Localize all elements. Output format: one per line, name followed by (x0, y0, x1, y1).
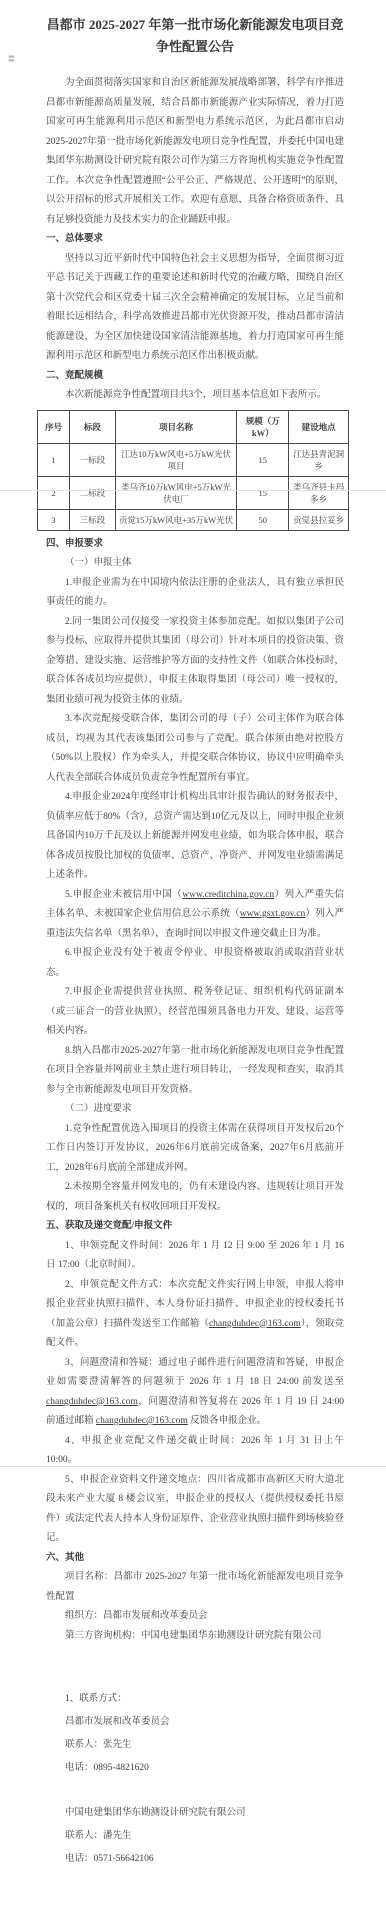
table-cell: 类乌齐10万kW风电+5万kW光伏电厂 (115, 476, 237, 509)
table-cell: 三标段 (69, 509, 115, 530)
paragraph: 2.未按期全容量并网发电的，仍有未建设内容、违规转让项目开发权的，项目备案机关有… (46, 1178, 344, 1217)
table-cell: 贡觉15万kW风电+35万kW光伏 (115, 509, 237, 530)
paragraph: 5.申报企业未被信用中国（www.creditchina.gov.cn）列入严重… (46, 886, 344, 945)
stitch-artifact-line (0, 1466, 386, 1467)
paragraph: 2、申领竞配文件方式：本次竞配文件实行网上申领，申报人将申报企业营业执照扫描件、… (46, 1276, 344, 1354)
table-cell: 二标段 (69, 476, 115, 509)
paragraph: 8.纳入昌都市2025-2027年第一批市场化新能源发电项目竞争性配置在项目全容… (46, 1042, 344, 1101)
table-header-cell: 规模（万kW） (237, 410, 289, 443)
table-cell: 贡觉县拉妥乡 (289, 509, 349, 530)
url-link[interactable]: www.gsxt.gov.cn (240, 909, 306, 919)
contact-line: 电话：0895-4821620 (46, 1757, 344, 1780)
paragraph: 1、申领竞配文件时间：2026 年 1 月 12 日 9:00 至 2026 年… (46, 1237, 344, 1276)
contact-line: 中国电建集团华东勘测设计研究院有限公司 (46, 1802, 344, 1825)
paragraph: 6.申报企业没有处于被责令停业、申报资格被取消或取消营业状态。 (46, 944, 344, 983)
paragraph: 7.申报企业需提供营业执照、税务登记证、组织机构代码证副本（或三证合一的营业执照… (46, 983, 344, 1042)
table-row: 1一标段江达10万kW风电+5万kW光伏项目15江达县青泥洞乡 (38, 443, 349, 476)
paragraph: 4、申报企业竞配文件递交截止时间：2026 年 1 月 31 日上午 10:00… (46, 1432, 344, 1471)
table-row: 3三标段贡觉15万kW风电+35万kW光伏50贡觉县拉妥乡 (38, 509, 349, 530)
table-cell: 一标段 (69, 443, 115, 476)
paragraph: 1.竞争性配置优选入围项目的投资主体需在获得项目开发权后20个工作日内签订开发协… (46, 1120, 344, 1179)
announcement-page: 昌都市 2025-2027 年第一批市场化新能源发电项目竞争性配置公告 〓 为全… (0, 0, 386, 1920)
email-link[interactable]: changduhdec@163.com (96, 1416, 188, 1426)
table-cell: 50 (237, 509, 289, 530)
email-link[interactable]: changduhdec@163.com (209, 1319, 301, 1329)
paragraph: 3、问题澄清和答疑：通过电子邮件进行问题澄清和答疑，申报企业如需要澄清解答的问题… (46, 1354, 344, 1432)
paragraph: 第三方咨询机构：中国电建集团华东勘测设计研究院有限公司 (46, 1627, 344, 1647)
vertical-gap (46, 1646, 344, 1688)
section-heading: 二、竞配规模 (46, 367, 344, 387)
table-cell: 江达县青泥洞乡 (289, 443, 349, 476)
contact-line: 联系人：潘先生 (46, 1825, 344, 1848)
contact-line: 联系人：张先生 (46, 1734, 344, 1757)
paragraph: 2.同一集团公司仅接受一家投资主体参加竞配。如拟以集团子公司参与投标，应取得并提… (46, 613, 344, 711)
table-header-cell: 标段 (69, 410, 115, 443)
paragraph: 3.本次竞配接受联合体，集团公司的母（子）公司主体作为联合体成员，均视为其代表该… (46, 710, 344, 788)
project-table: 序号标段项目名称规模（万kW）建设地点1一标段江达10万kW风电+5万kW光伏项… (37, 410, 349, 531)
table-header-cell: 序号 (38, 410, 70, 443)
contact-line: 昌都市发展和改革委员会 (46, 1711, 344, 1734)
section-heading: 五、获取及递交竞配/申报文件 (46, 1217, 344, 1237)
section-heading: 六、其他 (46, 1549, 344, 1569)
page-title: 昌都市 2025-2027 年第一批市场化新能源发电项目竞争性配置公告 (44, 14, 346, 58)
document-body: 为全面贯彻落实国家和自治区新能源发展战略部署，科学有序推进昌都市新能源高质量发展… (46, 74, 344, 1871)
table-cell: 3 (38, 509, 70, 530)
table-cell: 15 (237, 476, 289, 509)
table-cell: 15 (237, 443, 289, 476)
paragraph: 为全面贯彻落实国家和自治区新能源发展战略部署，科学有序推进昌都市新能源高质量发展… (46, 74, 344, 230)
stray-paragraph-mark: 〓 (8, 54, 15, 64)
sub-heading: （二）进度要求 (46, 1100, 344, 1120)
contact-line: 1、联系方式： (46, 1688, 344, 1711)
table-header-cell: 建设地点 (289, 410, 349, 443)
table-header-cell: 项目名称 (115, 410, 237, 443)
table-cell: 2 (38, 476, 70, 509)
sub-heading: （一）申报主体 (46, 554, 344, 574)
table-cell: 江达10万kW风电+5万kW光伏项目 (115, 443, 237, 476)
paragraph: 坚持以习近平新时代中国特色社会主义思想为指导，全面贯彻习近平总书记关于西藏工作的… (46, 250, 344, 367)
paragraph: 4.申报企业2024年度经审计机构出具审计报告确认的财务报表中，负债率应低于80… (46, 788, 344, 886)
stitch-artifact-line (0, 490, 386, 491)
table-row: 2二标段类乌齐10万kW风电+5万kW光伏电厂15类乌齐县卡玛多乡 (38, 476, 349, 509)
paragraph: 组织方：昌都市发展和改革委员会 (46, 1607, 344, 1627)
email-link[interactable]: changduhdec@163.com (46, 1397, 138, 1407)
contact-line: 电话：0571-56642106 (46, 1848, 344, 1871)
paragraph: 项目名称：昌都市 2025-2027 年第一批市场化新能源发电项目竞争性配置 (46, 1568, 344, 1607)
paragraph: 1.申报企业需为在中国境内依法注册的企业法人，具有独立承担民事责任的能力。 (46, 574, 344, 613)
paragraph: 本次新能源竞争性配置项目共3个，项目基本信息如下表所示。 (46, 386, 344, 406)
table-header-row: 序号标段项目名称规模（万kW）建设地点 (38, 410, 349, 443)
vertical-gap (46, 1780, 344, 1802)
table-cell: 1 (38, 443, 70, 476)
section-heading: 一、总体要求 (46, 230, 344, 250)
table-cell: 类乌齐县卡玛多乡 (289, 476, 349, 509)
url-link[interactable]: www.creditchina.gov.cn (182, 890, 274, 900)
paragraph: 5、申报企业资料文件递交地点：四川省成都市高新区天府大道北段未来产业大厦 8 楼… (46, 1471, 344, 1549)
section-heading: 四、申报要求 (46, 535, 344, 555)
